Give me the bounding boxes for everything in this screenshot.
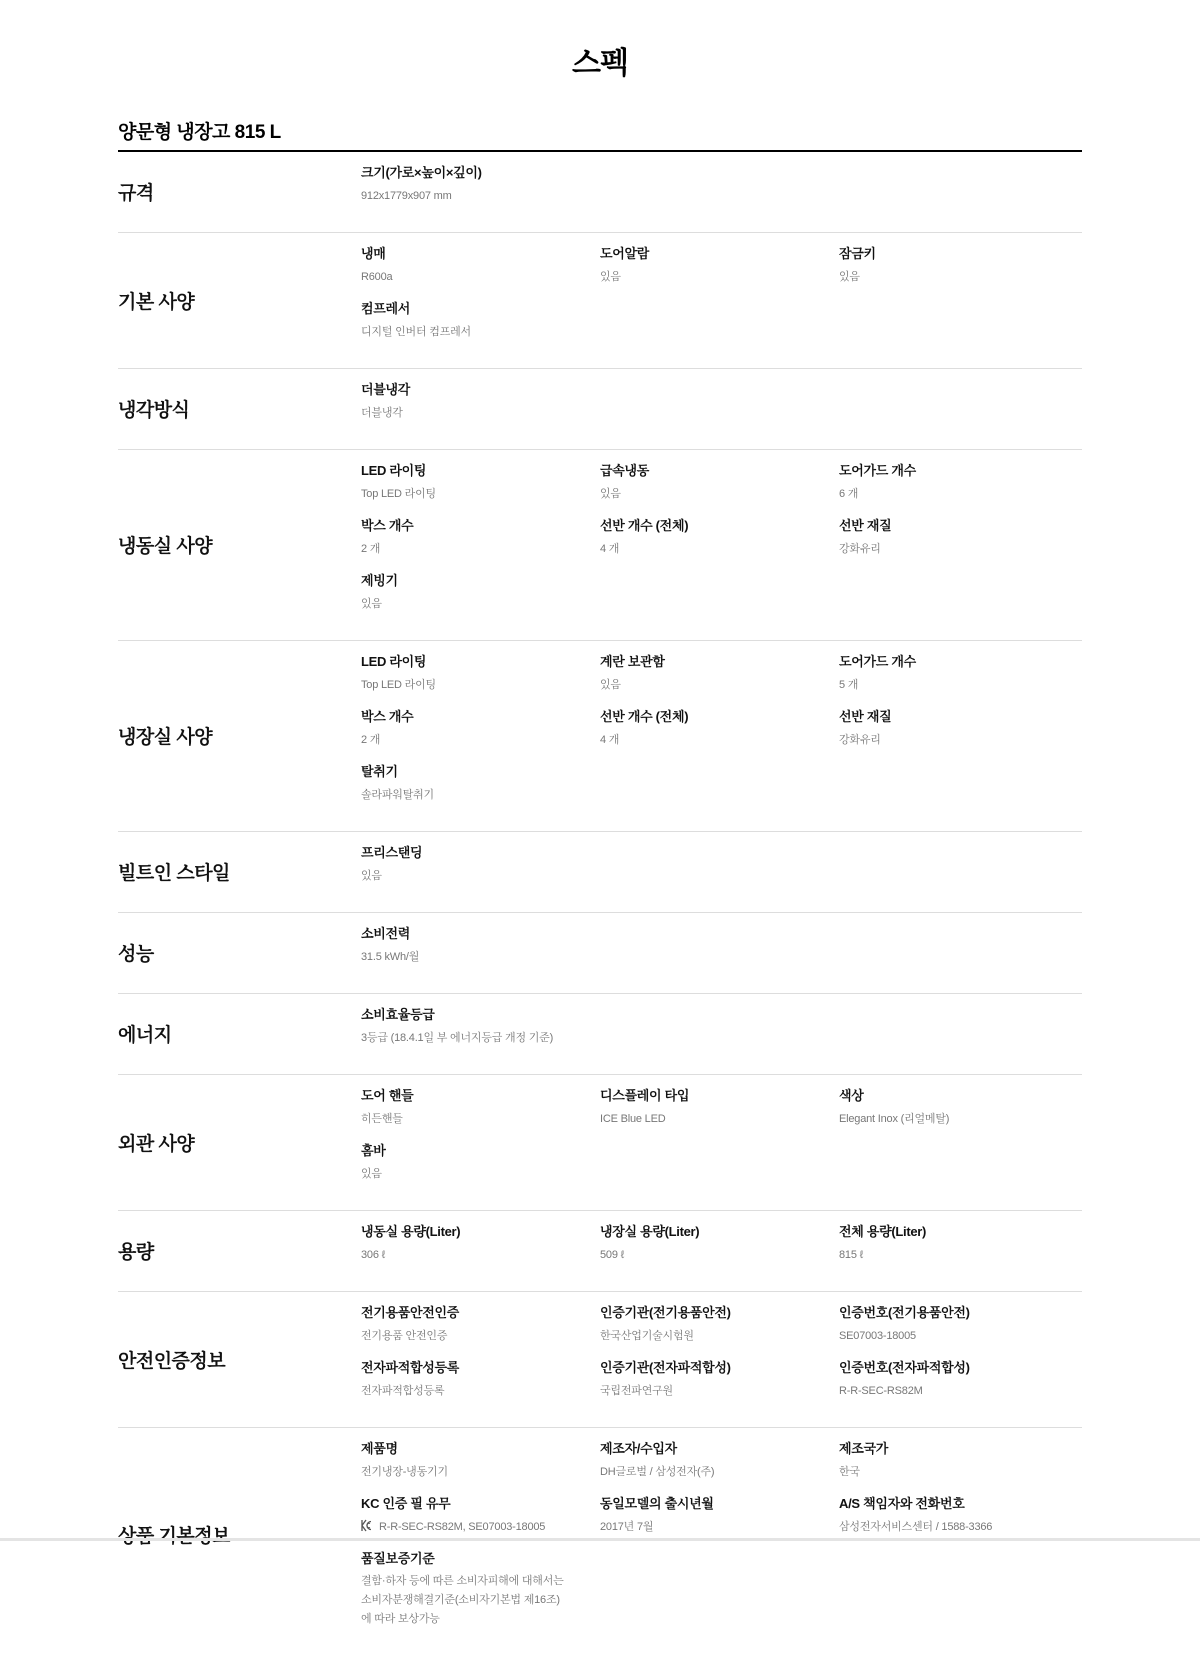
spec-section-energy: 에너지 소비효율등급3등급 (18.4.1일 부 에너지등급 개정 기준) [118, 994, 1082, 1075]
spec-label: A/S 책임자와 전화번호 [839, 1495, 1078, 1513]
spec-label: 프리스탠딩 [361, 844, 600, 862]
spec-value: 한국산업기술시험원 [600, 1328, 839, 1344]
spec-label: 동일모델의 출시년월 [600, 1495, 839, 1513]
spec-label: 도어가드 개수 [839, 462, 1078, 480]
spec-label: 전체 용량(Liter) [839, 1223, 1078, 1241]
spec-item: 품질보증기준 결함·하자 등에 따른 소비자피해에 대해서는 소비자분쟁해결기준… [361, 1550, 600, 1629]
spec-label: 컴프레서 [361, 300, 600, 318]
section-title: 규격 [118, 164, 361, 219]
spec-item: 인증기관(전자파적합성)국립전파연구원 [600, 1359, 839, 1414]
spec-item: 인증번호(전기용품안전)SE07003-18005 [839, 1304, 1078, 1359]
value-line: 소비자분쟁해결기준(소비자기본법 제16조) [361, 1591, 600, 1610]
spec-value: 306 ℓ [361, 1247, 600, 1263]
spec-item: 선반 개수 (전체)4 개 [600, 517, 839, 572]
spec-value: 솔라파워탈취기 [361, 787, 600, 803]
spec-item: 인증기관(전기용품안전)한국산업기술시험원 [600, 1304, 839, 1359]
page-title: 스펙 [0, 38, 1200, 82]
spec-label: 소비효율등급 [361, 1006, 1078, 1024]
spec-label: 소비전력 [361, 925, 600, 943]
spec-value: 전기냉장-냉동기기 [361, 1464, 600, 1480]
spec-label: 도어 핸들 [361, 1087, 600, 1105]
spec-label: 디스플레이 타입 [600, 1087, 839, 1105]
spec-item: 제품명전기냉장-냉동기기 [361, 1440, 600, 1495]
section-title: 냉각방식 [118, 381, 361, 436]
section-title: 용량 [118, 1223, 361, 1278]
spec-label: 전자파적합성등록 [361, 1359, 600, 1377]
section-title: 냉동실 사양 [118, 462, 361, 627]
spec-label: LED 라이팅 [361, 653, 600, 671]
spec-label: 냉동실 용량(Liter) [361, 1223, 600, 1241]
spec-value: 815 ℓ [839, 1247, 1078, 1263]
spec-label: 제조자/수입자 [600, 1440, 839, 1458]
spec-section-cooling: 냉각방식 더블냉각더블냉각 [118, 369, 1082, 450]
spec-label: 도어알람 [600, 245, 839, 263]
spec-label: 박스 개수 [361, 708, 600, 726]
spec-section-builtin: 빌트인 스타일 프리스탠딩있음 [118, 832, 1082, 913]
spec-item: 홈바있음 [361, 1142, 600, 1197]
spec-value: 강화유리 [839, 541, 1078, 557]
spec-item: 선반 재질강화유리 [839, 708, 1078, 763]
spec-label: 인증기관(전자파적합성) [600, 1359, 839, 1377]
spec-value: 4 개 [600, 732, 839, 748]
spec-value: SE07003-18005 [839, 1328, 1078, 1344]
section-title: 외관 사양 [118, 1087, 361, 1197]
spec-label: 제조국가 [839, 1440, 1078, 1458]
spec-item: 더블냉각더블냉각 [361, 381, 600, 436]
section-title: 냉장실 사양 [118, 653, 361, 818]
page-bottom-divider [0, 1538, 1200, 1541]
spec-item: KC 인증 필 유무 R-R-SEC-RS82M, SE07003-18005 [361, 1495, 600, 1550]
spec-item: 선반 개수 (전체)4 개 [600, 708, 839, 763]
section-title: 상품 기본정보 [118, 1440, 361, 1629]
spec-section-fridge: 냉장실 사양 LED 라이팅Top LED 라이팅 계란 보관함있음 도어가드 … [118, 641, 1082, 832]
spec-item: 동일모델의 출시년월2017년 7월 [600, 1495, 839, 1550]
spec-item: 급속냉동있음 [600, 462, 839, 517]
spec-item: 박스 개수2 개 [361, 517, 600, 572]
spec-value: 있음 [839, 269, 1078, 285]
spec-item: 도어 핸들히든핸들 [361, 1087, 600, 1142]
spec-value: 있음 [600, 269, 839, 285]
spec-item: 냉장실 용량(Liter)509 ℓ [600, 1223, 839, 1278]
spec-item: 계란 보관함있음 [600, 653, 839, 708]
spec-value: 전기용품 안전인증 [361, 1328, 600, 1344]
spec-item: 도어가드 개수5 개 [839, 653, 1078, 708]
spec-item: A/S 책임자와 전화번호삼성전자서비스센터 / 1588-3366 [839, 1495, 1078, 1550]
spec-label: 인증번호(전자파적합성) [839, 1359, 1078, 1377]
spec-item: 전체 용량(Liter)815 ℓ [839, 1223, 1078, 1278]
spec-label: 크기(가로×높이×깊이) [361, 164, 600, 182]
spec-label: LED 라이팅 [361, 462, 600, 480]
spec-label: 색상 [839, 1087, 1078, 1105]
spec-label: 잠금키 [839, 245, 1078, 263]
spec-item: 선반 재질강화유리 [839, 517, 1078, 572]
spec-value: 결함·하자 등에 따른 소비자피해에 대해서는 소비자분쟁해결기준(소비자기본법… [361, 1572, 600, 1629]
spec-item: 인증번호(전자파적합성)R-R-SEC-RS82M [839, 1359, 1078, 1414]
spec-label: 도어가드 개수 [839, 653, 1078, 671]
spec-value: 있음 [600, 486, 839, 502]
spec-item: 색상Elegant Inox (리얼메탈) [839, 1087, 1078, 1142]
spec-label: KC 인증 필 유무 [361, 1495, 600, 1513]
spec-label: 급속냉동 [600, 462, 839, 480]
spec-label: 더블냉각 [361, 381, 600, 399]
spec-section-performance: 성능 소비전력31.5 kWh/월 [118, 913, 1082, 994]
spec-label: 계란 보관함 [600, 653, 839, 671]
spec-section-safety-cert: 안전인증정보 전기용품안전인증전기용품 안전인증 인증기관(전기용품안전)한국산… [118, 1292, 1082, 1428]
spec-label: 냉장실 용량(Liter) [600, 1223, 839, 1241]
spec-label: 품질보증기준 [361, 1550, 600, 1568]
value-line: 결함·하자 등에 따른 소비자피해에 대해서는 [361, 1572, 600, 1591]
value-line: 에 따라 보상가능 [361, 1610, 600, 1629]
spec-item: 소비전력31.5 kWh/월 [361, 925, 600, 980]
spec-section-exterior: 외관 사양 도어 핸들히든핸들 디스플레이 타입ICE Blue LED 색상E… [118, 1075, 1082, 1211]
spec-item: 소비효율등급3등급 (18.4.1일 부 에너지등급 개정 기준) [361, 1006, 1078, 1061]
spec-section-dimensions: 규격 크기(가로×높이×깊이)912x1779x907 mm [118, 152, 1082, 233]
spec-value: 4 개 [600, 541, 839, 557]
spec-item: 박스 개수2 개 [361, 708, 600, 763]
spec-value: 912x1779x907 mm [361, 188, 600, 204]
spec-label: 선반 개수 (전체) [600, 708, 839, 726]
spec-value: 히든핸들 [361, 1111, 600, 1127]
spec-value: 더블냉각 [361, 405, 600, 421]
kc-cert-numbers: R-R-SEC-RS82M, SE07003-18005 [379, 1521, 545, 1533]
spec-item: 제조국가한국 [839, 1440, 1078, 1495]
spec-value: 3등급 (18.4.1일 부 에너지등급 개정 기준) [361, 1030, 1078, 1046]
spec-value: 있음 [361, 596, 600, 612]
spec-value: Elegant Inox (리얼메탈) [839, 1111, 1078, 1127]
spec-label: 홈바 [361, 1142, 600, 1160]
spec-item: 도어가드 개수6 개 [839, 462, 1078, 517]
spec-item: 냉매R600a [361, 245, 600, 300]
spec-value: R600a [361, 269, 600, 285]
spec-label: 선반 개수 (전체) [600, 517, 839, 535]
spec-item: 전기용품안전인증전기용품 안전인증 [361, 1304, 600, 1359]
spec-value: 6 개 [839, 486, 1078, 502]
spec-value: 있음 [600, 677, 839, 693]
spec-item: 제빙기있음 [361, 572, 600, 627]
spec-value: 2 개 [361, 541, 600, 557]
spec-item: 크기(가로×높이×깊이)912x1779x907 mm [361, 164, 600, 219]
spec-value: 있음 [361, 868, 600, 884]
spec-section-product-info: 상품 기본정보 제품명전기냉장-냉동기기 제조자/수입자DH글로벌 / 삼성전자… [118, 1428, 1082, 1669]
spec-item: 제조자/수입자DH글로벌 / 삼성전자(주) [600, 1440, 839, 1495]
spec-value: 삼성전자서비스센터 / 1588-3366 [839, 1519, 1078, 1535]
spec-value: 전자파적합성등록 [361, 1383, 600, 1399]
section-title: 성능 [118, 925, 361, 980]
spec-value: 509 ℓ [600, 1247, 839, 1263]
spec-value-with-icon: R-R-SEC-RS82M, SE07003-18005 [361, 1519, 600, 1535]
spec-value: 2017년 7월 [600, 1519, 839, 1535]
spec-item: 전자파적합성등록전자파적합성등록 [361, 1359, 600, 1414]
spec-value: 한국 [839, 1464, 1078, 1480]
spec-value: 강화유리 [839, 732, 1078, 748]
spec-item: 디스플레이 타입ICE Blue LED [600, 1087, 839, 1142]
section-title: 안전인증정보 [118, 1304, 361, 1414]
spec-value: ICE Blue LED [600, 1111, 839, 1127]
spec-section-freezer: 냉동실 사양 LED 라이팅Top LED 라이팅 급속냉동있음 도어가드 개수… [118, 450, 1082, 641]
spec-table: 규격 크기(가로×높이×깊이)912x1779x907 mm 기본 사양 냉매R… [118, 152, 1082, 1669]
spec-item: 프리스탠딩있음 [361, 844, 600, 899]
section-title: 빌트인 스타일 [118, 844, 361, 899]
spec-label: 제품명 [361, 1440, 600, 1458]
spec-value: 5 개 [839, 677, 1078, 693]
spec-item: 컴프레서디지털 인버터 컴프레서 [361, 300, 600, 355]
spec-label: 박스 개수 [361, 517, 600, 535]
spec-value: 디지털 인버터 컴프레서 [361, 324, 600, 340]
spec-value: Top LED 라이팅 [361, 677, 600, 693]
spec-label: 인증기관(전기용품안전) [600, 1304, 839, 1322]
spec-label: 냉매 [361, 245, 600, 263]
spec-section-basic: 기본 사양 냉매R600a 도어알람있음 잠금키있음 컴프레서디지털 인버터 컴… [118, 233, 1082, 369]
spec-value: 국립전파연구원 [600, 1383, 839, 1399]
spec-item: LED 라이팅Top LED 라이팅 [361, 462, 600, 517]
spec-label: 제빙기 [361, 572, 600, 590]
spec-value: 31.5 kWh/월 [361, 949, 600, 965]
spec-value: Top LED 라이팅 [361, 486, 600, 502]
spec-label: 인증번호(전기용품안전) [839, 1304, 1078, 1322]
spec-value: R-R-SEC-RS82M [839, 1383, 1078, 1399]
spec-label: 전기용품안전인증 [361, 1304, 600, 1322]
spec-item: LED 라이팅Top LED 라이팅 [361, 653, 600, 708]
product-title: 양문형 냉장고 815 L [118, 117, 281, 144]
spec-label: 선반 재질 [839, 517, 1078, 535]
spec-item: 도어알람있음 [600, 245, 839, 300]
spec-section-capacity: 용량 냉동실 용량(Liter)306 ℓ 냉장실 용량(Liter)509 ℓ… [118, 1211, 1082, 1292]
spec-item: 잠금키있음 [839, 245, 1078, 300]
spec-item: 냉동실 용량(Liter)306 ℓ [361, 1223, 600, 1278]
kc-mark-icon [361, 1519, 372, 1532]
spec-label: 탈취기 [361, 763, 600, 781]
section-title: 기본 사양 [118, 245, 361, 355]
spec-value: DH글로벌 / 삼성전자(주) [600, 1464, 839, 1480]
spec-item: 탈취기솔라파워탈취기 [361, 763, 600, 818]
spec-value: 2 개 [361, 732, 600, 748]
spec-label: 선반 재질 [839, 708, 1078, 726]
spec-value: 있음 [361, 1166, 600, 1182]
section-title: 에너지 [118, 1006, 361, 1061]
